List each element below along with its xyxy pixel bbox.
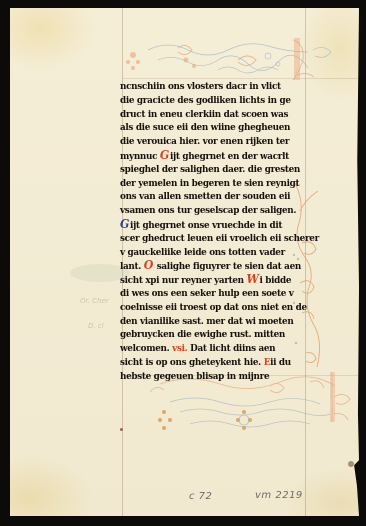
ruling-line (122, 78, 362, 79)
text-line: scer ghedruct leuen eii vroelich eii sch… (120, 232, 297, 246)
red-initial: G (160, 149, 169, 163)
text-line: v gauckeliike leide ons totten vader (120, 246, 297, 260)
text-line: sicht is op ons gheteykent hie. Eii du (120, 356, 297, 370)
text-line: die verouica hier. vor enen rijken ter (120, 135, 297, 149)
top-border-flourish (118, 30, 348, 85)
text-line: als die suce eii den wiine ghegheuen (120, 121, 297, 135)
text-line: coelnisse eii troest op dat ons niet en … (120, 301, 297, 315)
text-line: di wes ons een seker hulp een soete v (120, 287, 297, 301)
text-line: den vianilike sast. mer dat wi moeten (120, 315, 297, 329)
text-line: Gijt ghegrnet onse vruechde in dit (120, 218, 297, 232)
manuscript-leaf: ncnschiin ons vlosters dacr in vlict die… (10, 8, 359, 516)
blue-initial: G (120, 218, 129, 232)
text-line: gebruycken die ewighe rust. mitten (120, 328, 297, 342)
pencil-note-folio: c 72 (189, 491, 212, 502)
text-line: hebste gegeuen blisap in mijnre (120, 370, 297, 384)
text-line: der yemelen in begeren te sien reynigt (120, 177, 297, 191)
text-line: die gracicte des godliken lichts in ge (120, 94, 297, 108)
text-line: vsamen ons tur geselscap der saligen. (120, 204, 297, 218)
text-line: sicht xpi nur reyner yarten Wi bidde (120, 273, 297, 287)
faint-margin-note: D. cl (88, 322, 104, 330)
text-line: ncnschiin ons vlosters dacr in vlict (120, 80, 297, 94)
text-line: welcomen. vsi. Dat licht diins aen (120, 342, 297, 356)
red-initial: W (247, 273, 259, 287)
faint-margin-note: Or. Cher (80, 297, 109, 305)
text-segment: ii du (270, 357, 291, 368)
text-line: ons van allen smetten der souden eii (120, 190, 297, 204)
rubric-text: vsi. (172, 343, 187, 354)
text-line: spieghel der salighen daer. die gresten (120, 163, 297, 177)
red-initial: O (144, 259, 153, 273)
pencil-note-shelfmark: vm 2219 (255, 490, 303, 501)
manuscript-text-block: ncnschiin ons vlosters dacr in vlict die… (120, 80, 312, 384)
text-line: lant. O salighe figuyrer te sien dat aen (120, 259, 297, 273)
foxing-stain (348, 461, 354, 467)
text-line: mynnuc Gijt ghegrnet en der wacrlt (120, 149, 297, 163)
viewer-background: ncnschiin ons vlosters dacr in vlict die… (0, 0, 366, 526)
text-segment: Dat licht diins aen (190, 343, 275, 354)
text-line: druct in eneu clerkiin dat scoen was (120, 108, 297, 122)
